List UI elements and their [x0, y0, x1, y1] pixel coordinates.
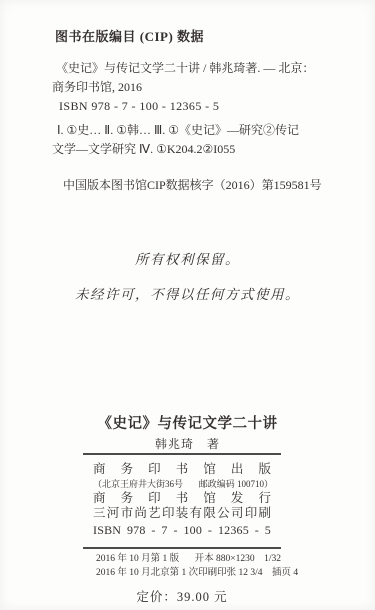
book-title: 《史记》与传记文学二十讲: [0, 412, 375, 433]
copyright-page: 图书在版编目 (CIP) 数据 《史记》与传记文学二十讲 / 韩兆琦著. — 北…: [0, 0, 375, 610]
rights-notice-line-1: 所有权利保留。: [0, 248, 375, 268]
publisher-address: （北京王府井大街36号: [93, 478, 183, 490]
format-spec: 开本 880×1230 1/32: [195, 554, 281, 566]
printing-row: 2016 年 10 月北京第 1 次印刷 印张 12 3/4 插页 4: [96, 568, 281, 580]
printing-date: 2016 年 10 月北京第 1 次印刷: [96, 568, 217, 580]
publisher-postal-code: 邮政编码 100710）: [199, 478, 273, 490]
sheet-spec: 印张 12 3/4 插页 4: [217, 568, 298, 580]
book-author: 韩兆琦 著: [0, 435, 375, 452]
publisher-line: 商务印书馆出版: [93, 462, 271, 477]
cip-record-line-2: 商务印书馆, 2016: [52, 78, 352, 97]
cip-record-line-1: 《史记》与传记文学二十讲 / 韩兆琦著. — 北京：: [52, 59, 352, 78]
cip-heading: 图书在版编目 (CIP) 数据: [55, 26, 204, 45]
edition-row: 2016 年 10 月第 1 版 开本 880×1230 1/32: [96, 554, 281, 566]
cip-record-number: 中国版本图书馆CIP数据核字（2016）第159581号: [63, 176, 322, 193]
rights-notice-line-2: 未经许可，不得以任何方式使用。: [0, 283, 375, 303]
colophon-block: 商务印书馆出版 （北京王府井大街36号 邮政编码 100710） 商务印书馆发行…: [83, 453, 281, 605]
printer-line: 三河市尚艺印装有限公司印刷: [93, 506, 271, 521]
publisher-address-row: （北京王府井大街36号 邮政编码 100710）: [93, 478, 273, 490]
colophon-top-rule: [83, 453, 281, 455]
cip-classification-line-1: Ⅰ. ①史… Ⅱ. ①韩… Ⅲ. ①《史记》—研究②传记: [52, 121, 352, 140]
cip-record-block: 《史记》与传记文学二十讲 / 韩兆琦著. — 北京： 商务印书馆, 2016 I…: [52, 59, 352, 116]
cip-classification-line-2: 文学—文学研究 Ⅳ. ①K204.2②I055: [52, 140, 352, 159]
cip-classification-block: Ⅰ. ①史… Ⅱ. ①韩… Ⅲ. ①《史记》—研究②传记 文学—文学研究 Ⅳ. …: [52, 121, 352, 159]
cip-record-line-3: ISBN 978 - 7 - 100 - 12365 - 5: [52, 97, 352, 116]
price-line: 定价：39.00 元: [83, 587, 281, 605]
isbn-line: ISBN 978 - 7 - 100 - 12365 - 5: [93, 523, 271, 538]
distributor-line: 商务印书馆发行: [93, 491, 271, 506]
colophon-bottom-rule: [83, 547, 281, 549]
edition-date: 2016 年 10 月第 1 版: [96, 554, 179, 566]
